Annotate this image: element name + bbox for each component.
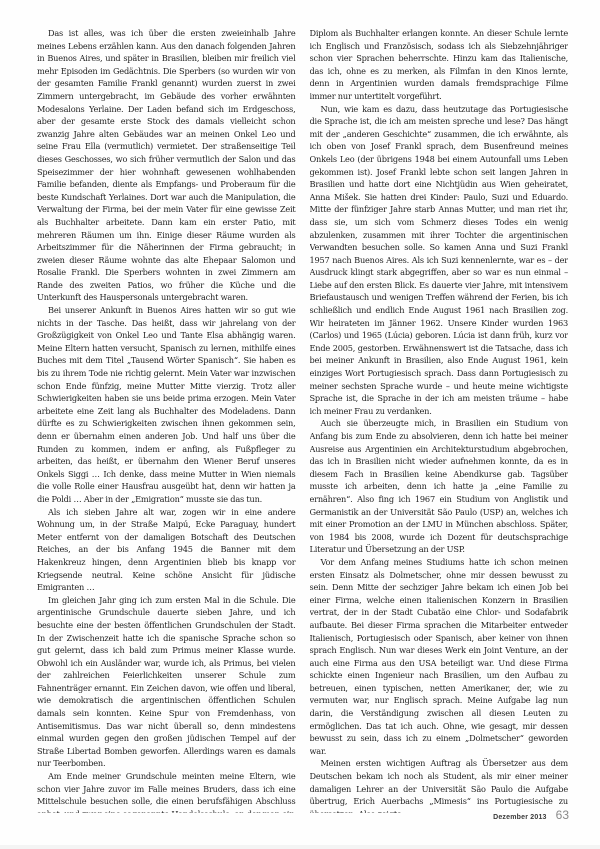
paragraph-continuation: Diplom als Buchhalter erlangen konnte. A… [310, 27, 569, 103]
footer-issue-date: Dezember 2013 [493, 814, 547, 821]
paragraph: Das ist alles, was ich über die ersten z… [37, 27, 296, 304]
paragraph: Vor dem Anfang meines Studiums hatte ich… [310, 556, 569, 758]
text-column-right: Diplom als Buchhalter erlangen konnte. A… [310, 27, 569, 813]
paragraph: Als ich sieben Jahre alt war, zogen wir … [37, 506, 296, 594]
footer-page-number: 63 [556, 808, 569, 822]
text-column-left: Das ist alles, was ich über die ersten z… [37, 27, 296, 813]
paragraph: Meinen ersten wichtigen Auftrag als Über… [310, 757, 569, 813]
paragraph: Bei unserer Ankunft in Buenos Aires hatt… [37, 304, 296, 506]
paragraph: Nun, wie kam es dazu, dass heutzutage da… [310, 103, 569, 418]
magazine-page: Das ist alles, was ich über die ersten z… [0, 0, 600, 849]
page-footer: Dezember 2013 63 [493, 808, 569, 822]
paragraph: Im gleichen Jahr ging ich zum ersten Mal… [37, 594, 296, 770]
two-column-text: Das ist alles, was ich über die ersten z… [37, 27, 568, 813]
page-bottom-edge [0, 845, 600, 849]
paragraph: Am Ende meiner Grundschule meinten meine… [37, 770, 296, 813]
paragraph: Auch sie überzeugte mich, in Brasilien e… [310, 417, 569, 556]
